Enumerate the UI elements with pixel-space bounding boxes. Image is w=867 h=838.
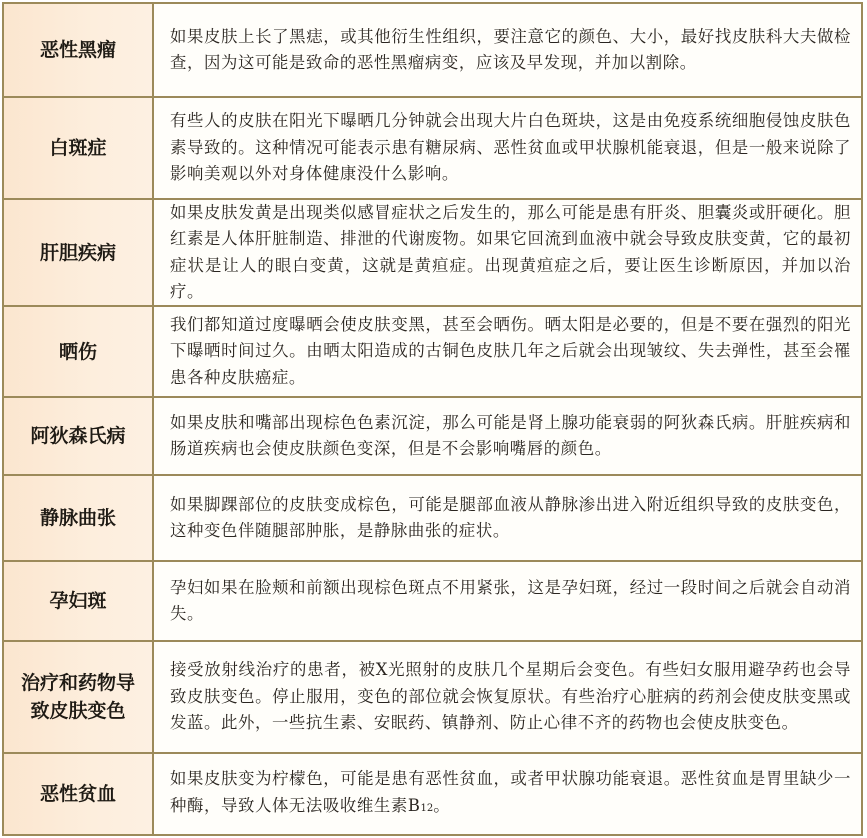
condition-description-main: 如果皮肤变为柠檬色，可能是患有恶性贫血，或者甲状腺功能衰退。恶性贫血是胃里缺少一… bbox=[170, 769, 851, 815]
condition-description: 孕妇如果在脸颊和前额出现棕色斑点不用紧张，这是孕妇斑，经过一段时间之后就会自动消… bbox=[170, 575, 851, 628]
condition-label-cell: 肝胆疾病 bbox=[4, 200, 154, 305]
condition-name: 阿狄森氏病 bbox=[30, 422, 125, 450]
condition-description: 如果皮肤和嘴部出现棕色色素沉淀，那么可能是肾上腺功能衰弱的阿狄森氏病。肝脏疾病和… bbox=[170, 410, 851, 463]
condition-description-cell: 有些人的皮肤在阳光下曝晒几分钟就会出现大片白色斑块，这是由免疫系统细胞侵蚀皮肤色… bbox=[154, 98, 861, 198]
table-row: 孕妇斑 孕妇如果在脸颊和前额出现棕色斑点不用紧张，这是孕妇斑，经过一段时间之后就… bbox=[4, 562, 861, 642]
condition-description: 接受放射线治疗的患者，被X光照射的皮肤几个星期后会变色。有些妇女服用避孕药也会导… bbox=[170, 657, 851, 737]
condition-description: 如果皮肤上长了黑痣，或其他衍生性组织，要注意它的颜色、大小，最好找皮肤科大夫做检… bbox=[170, 24, 851, 77]
condition-description: 如果脚踝部位的皮肤变成棕色，可能是腿部血液从静脉渗出进入附近组织导致的皮肤变色，… bbox=[170, 492, 851, 545]
condition-description-cell: 接受放射线治疗的患者，被X光照射的皮肤几个星期后会变色。有些妇女服用避孕药也会导… bbox=[154, 642, 861, 752]
condition-description-cell: 孕妇如果在脸颊和前额出现棕色斑点不用紧张，这是孕妇斑，经过一段时间之后就会自动消… bbox=[154, 562, 861, 640]
condition-label-cell: 阿狄森氏病 bbox=[4, 398, 154, 474]
condition-name: 恶性黑瘤 bbox=[40, 36, 116, 64]
condition-description: 如果皮肤变为柠檬色，可能是患有恶性贫血，或者甲状腺功能衰退。恶性贫血是胃里缺少一… bbox=[170, 766, 851, 822]
table-row: 白斑症 有些人的皮肤在阳光下曝晒几分钟就会出现大片白色斑块，这是由免疫系统细胞侵… bbox=[4, 98, 861, 200]
table-row: 肝胆疾病 如果皮肤发黄是出现类似感冒症状之后发生的，那么可能是患有肝炎、胆囊炎或… bbox=[4, 200, 861, 307]
condition-label-cell: 静脉曲张 bbox=[4, 476, 154, 560]
condition-name: 白斑症 bbox=[49, 134, 106, 162]
condition-description: 我们都知道过度曝晒会使皮肤变黑，甚至会晒伤。晒太阳是必要的，但是不要在强烈的阳光… bbox=[170, 312, 851, 392]
condition-description-end: 。 bbox=[433, 796, 450, 815]
table-row: 晒伤 我们都知道过度曝晒会使皮肤变黑，甚至会晒伤。晒太阳是必要的，但是不要在强烈… bbox=[4, 307, 861, 398]
skin-color-conditions-table: 恶性黑瘤 如果皮肤上长了黑痣，或其他衍生性组织，要注意它的颜色、大小，最好找皮肤… bbox=[2, 2, 863, 836]
condition-name: 晒伤 bbox=[59, 338, 97, 366]
condition-label-cell: 恶性黑瘤 bbox=[4, 4, 154, 96]
table-row: 恶性黑瘤 如果皮肤上长了黑痣，或其他衍生性组织，要注意它的颜色、大小，最好找皮肤… bbox=[4, 4, 861, 98]
condition-label-cell: 孕妇斑 bbox=[4, 562, 154, 640]
table-row: 阿狄森氏病 如果皮肤和嘴部出现棕色色素沉淀，那么可能是肾上腺功能衰弱的阿狄森氏病… bbox=[4, 398, 861, 476]
table-row: 恶性贫血 如果皮肤变为柠檬色，可能是患有恶性贫血，或者甲状腺功能衰退。恶性贫血是… bbox=[4, 754, 861, 834]
condition-description-cell: 我们都知道过度曝晒会使皮肤变黑，甚至会晒伤。晒太阳是必要的，但是不要在强烈的阳光… bbox=[154, 307, 861, 396]
table-row: 治疗和药物导致皮肤变色 接受放射线治疗的患者，被X光照射的皮肤几个星期后会变色。… bbox=[4, 642, 861, 754]
condition-name: 治疗和药物导致皮肤变色 bbox=[19, 669, 137, 725]
condition-description: 有些人的皮肤在阳光下曝晒几分钟就会出现大片白色斑块，这是由免疫系统细胞侵蚀皮肤色… bbox=[170, 108, 851, 188]
condition-description: 如果皮肤发黄是出现类似感冒症状之后发生的，那么可能是患有肝炎、胆囊炎或肝硬化。胆… bbox=[170, 200, 851, 306]
condition-description-cell: 如果皮肤和嘴部出现棕色色素沉淀，那么可能是肾上腺功能衰弱的阿狄森氏病。肝脏疾病和… bbox=[154, 398, 861, 474]
vitamin-subscript: 12 bbox=[421, 803, 434, 814]
condition-name: 恶性贫血 bbox=[40, 780, 116, 808]
table-row: 静脉曲张 如果脚踝部位的皮肤变成棕色，可能是腿部血液从静脉渗出进入附近组织导致的… bbox=[4, 476, 861, 562]
condition-description-cell: 如果皮肤发黄是出现类似感冒症状之后发生的，那么可能是患有肝炎、胆囊炎或肝硬化。胆… bbox=[154, 200, 861, 305]
condition-label-cell: 白斑症 bbox=[4, 98, 154, 198]
condition-label-cell: 晒伤 bbox=[4, 307, 154, 396]
condition-name: 孕妇斑 bbox=[49, 587, 106, 615]
condition-label-cell: 恶性贫血 bbox=[4, 754, 154, 834]
condition-description-cell: 如果皮肤上长了黑痣，或其他衍生性组织，要注意它的颜色、大小，最好找皮肤科大夫做检… bbox=[154, 4, 861, 96]
condition-description-cell: 如果脚踝部位的皮肤变成棕色，可能是腿部血液从静脉渗出进入附近组织导致的皮肤变色，… bbox=[154, 476, 861, 560]
condition-label-cell: 治疗和药物导致皮肤变色 bbox=[4, 642, 154, 752]
condition-description-cell: 如果皮肤变为柠檬色，可能是患有恶性贫血，或者甲状腺功能衰退。恶性贫血是胃里缺少一… bbox=[154, 754, 861, 834]
condition-name: 静脉曲张 bbox=[40, 504, 116, 532]
condition-name: 肝胆疾病 bbox=[40, 239, 116, 267]
